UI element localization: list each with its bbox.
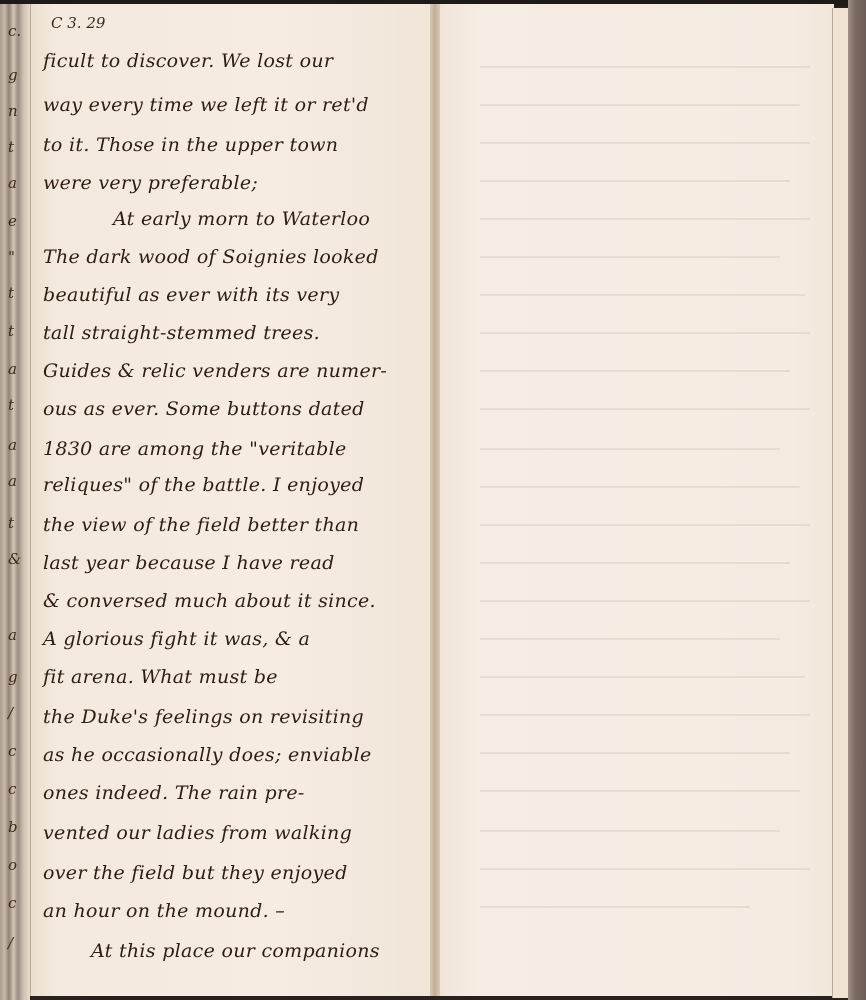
edge-letter: t	[8, 138, 14, 156]
edge-letter: t	[8, 396, 14, 414]
previous-pages-edge: c. g n t a e " t t a t a a t & a g / c c…	[0, 4, 30, 1000]
text-line: reliques" of the battle. I enjoyed	[43, 474, 364, 496]
edge-letter: o	[8, 856, 17, 874]
edge-letter: c	[8, 742, 16, 760]
text-line: ones indeed. The rain pre-	[43, 782, 305, 804]
edge-letter: g	[8, 668, 18, 686]
text-line: & conversed much about it since.	[43, 590, 376, 612]
text-line: vented our ladies from walking	[43, 822, 352, 844]
text-line: A glorious fight it was, & a	[43, 628, 310, 650]
text-line: At early morn to Waterloo	[43, 208, 370, 230]
edge-letter: c.	[8, 22, 21, 40]
edge-letter: b	[8, 818, 18, 836]
book-cover-edge	[848, 0, 866, 1000]
text-line: beautiful as ever with its very	[43, 284, 339, 306]
edge-letter: n	[8, 102, 18, 120]
edge-letter: t	[8, 284, 14, 302]
text-line: fit arena. What must be	[43, 666, 278, 688]
text-line: the Duke's feelings on revisiting	[43, 706, 364, 728]
text-line: At this place our companions	[43, 940, 380, 962]
text-line: as he occasionally does; enviable	[43, 744, 371, 766]
edge-letter: "	[8, 248, 15, 266]
edge-letter: a	[8, 174, 17, 192]
text-line: The dark wood of Soignies looked	[43, 246, 379, 268]
edge-letter: a	[8, 436, 17, 454]
text-line: ficult to discover. We lost our	[43, 50, 333, 72]
edge-letter: /	[8, 704, 13, 722]
text-line: tall straight-stemmed trees.	[43, 322, 320, 344]
text-line: way every time we left it or ret'd	[43, 94, 369, 116]
edge-letter: e	[8, 212, 17, 230]
text-line: were very preferable;	[43, 172, 258, 194]
edge-letter: g	[8, 66, 18, 84]
edge-letter: t	[8, 322, 14, 340]
text-line: over the field but they enjoyed	[43, 862, 348, 884]
left-page: C 3. 29 ficult to discover. We lost our …	[30, 4, 435, 996]
edge-letter: t	[8, 514, 14, 532]
text-line: to it. Those in the upper town	[43, 134, 338, 156]
page-number: C 3. 29	[51, 14, 105, 32]
text-line: an hour on the mound. –	[43, 900, 285, 922]
edge-letter: a	[8, 626, 17, 644]
edge-letter: &	[8, 550, 21, 568]
text-line: ous as ever. Some buttons dated	[43, 398, 365, 420]
edge-letters: c. g n t a e " t t a t a a t & a g / c c…	[8, 4, 30, 1000]
edge-letter: /	[8, 934, 13, 952]
show-through-text	[440, 4, 834, 996]
following-pages-edge	[832, 8, 849, 998]
right-page	[440, 4, 834, 996]
edge-letter: c	[8, 780, 16, 798]
edge-letter: a	[8, 360, 17, 378]
edge-letter: a	[8, 472, 17, 490]
text-line: Guides & relic venders are numer-	[43, 360, 387, 382]
text-line: 1830 are among the "veritable	[43, 438, 347, 460]
text-line: the view of the field better than	[43, 514, 359, 536]
edge-letter: c	[8, 894, 16, 912]
text-line: last year because I have read	[43, 552, 335, 574]
